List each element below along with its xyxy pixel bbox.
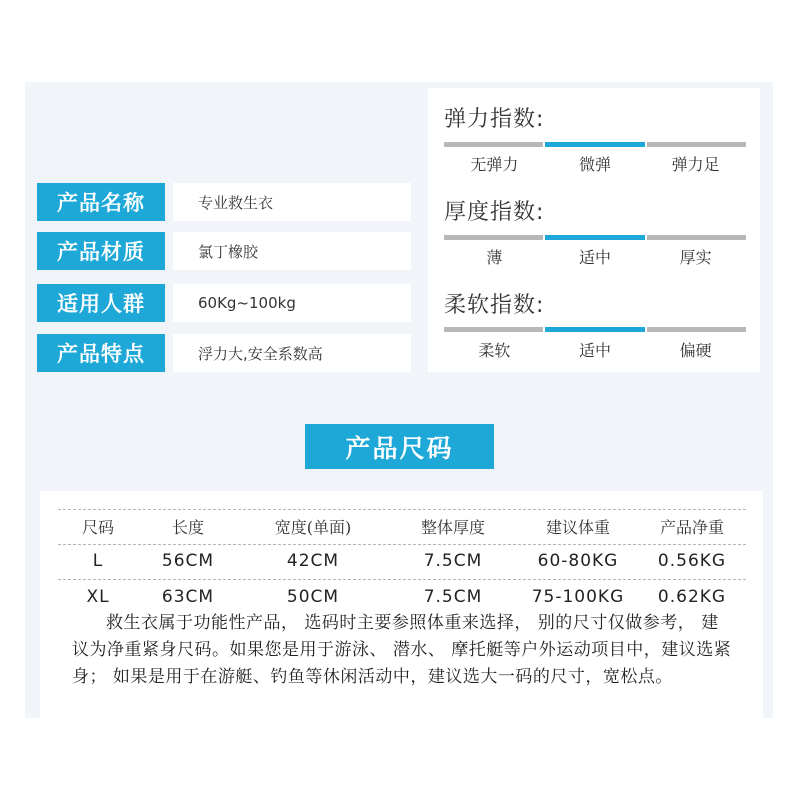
elasticity-labels: 无弹力 微弹 弹力足 [444,152,746,175]
size-section-title: 产品尺码 [305,424,494,469]
option-label: 适中 [545,245,646,268]
header-cell: 尺码 [58,515,138,538]
option-label: 偏硬 [645,338,746,361]
cell: 0.56KG [638,551,746,571]
spec-row-audience: 适用人群 60Kg~100kg [37,284,411,322]
cell: 50CM [238,587,388,607]
option-label: 适中 [545,338,646,361]
softness-bar [444,327,746,332]
index-card: 弹力指数: 无弹力 微弹 弹力足 厚度指数: 薄 适中 厚实 柔软指数: 柔软 … [428,88,760,372]
spec-label: 产品名称 [37,183,165,221]
spec-row-material: 产品材质 氯丁橡胶 [37,232,411,270]
bar-segment-active [545,327,644,332]
elasticity-bar [444,142,746,147]
spec-value: 专业救生衣 [173,183,411,221]
cell: 56CM [138,551,238,571]
bar-segment [444,327,543,332]
header-cell: 宽度(单面) [238,515,388,538]
spec-label: 适用人群 [37,284,165,322]
table-header: 尺码 长度 宽度(单面) 整体厚度 建议体重 产品净重 [58,509,746,543]
option-label: 微弹 [545,152,646,175]
bar-segment-active [545,235,644,240]
cell: 7.5CM [388,551,518,571]
elasticity-title: 弹力指数: [444,102,544,133]
header-cell: 建议体重 [518,515,638,538]
table-row: XL 63CM 50CM 7.5CM 75-100KG 0.62KG [58,580,746,614]
spec-value: 浮力大,安全系数高 [173,334,411,372]
table-row: L 56CM 42CM 7.5CM 60-80KG 0.56KG [58,544,746,578]
spec-row-features: 产品特点 浮力大,安全系数高 [37,334,411,372]
cell: 42CM [238,551,388,571]
thickness-title: 厚度指数: [444,195,544,226]
option-label: 柔软 [444,338,545,361]
cell: XL [58,587,138,607]
cell: 0.62KG [638,587,746,607]
option-label: 弹力足 [645,152,746,175]
header-cell: 产品净重 [638,515,746,538]
header-cell: 长度 [138,515,238,538]
thickness-labels: 薄 适中 厚实 [444,245,746,268]
header-cell: 整体厚度 [388,515,518,538]
bar-segment [647,327,746,332]
cell: 7.5CM [388,587,518,607]
spec-label: 产品特点 [37,334,165,372]
softness-title: 柔软指数: [444,288,544,319]
option-label: 厚实 [645,245,746,268]
cell: 60-80KG [518,551,638,571]
size-table-card: 尺码 长度 宽度(单面) 整体厚度 建议体重 产品净重 L 56CM 42CM … [40,491,763,718]
bar-segment [444,235,543,240]
bar-segment [647,235,746,240]
bar-segment [647,142,746,147]
cell: L [58,551,138,571]
spec-value: 60Kg~100kg [173,284,411,322]
thickness-bar [444,235,746,240]
bar-segment-active [545,142,644,147]
spec-row-name: 产品名称 专业救生衣 [37,183,411,221]
option-label: 薄 [444,245,545,268]
spec-label: 产品材质 [37,232,165,270]
bar-segment [444,142,543,147]
option-label: 无弹力 [444,152,545,175]
cell: 63CM [138,587,238,607]
size-note: 救生衣属于功能性产品， 选码时主要参照体重来选择， 别的尺寸仅做参考， 建议为净… [72,610,732,691]
cell: 75-100KG [518,587,638,607]
spec-value: 氯丁橡胶 [173,232,411,270]
softness-labels: 柔软 适中 偏硬 [444,338,746,361]
